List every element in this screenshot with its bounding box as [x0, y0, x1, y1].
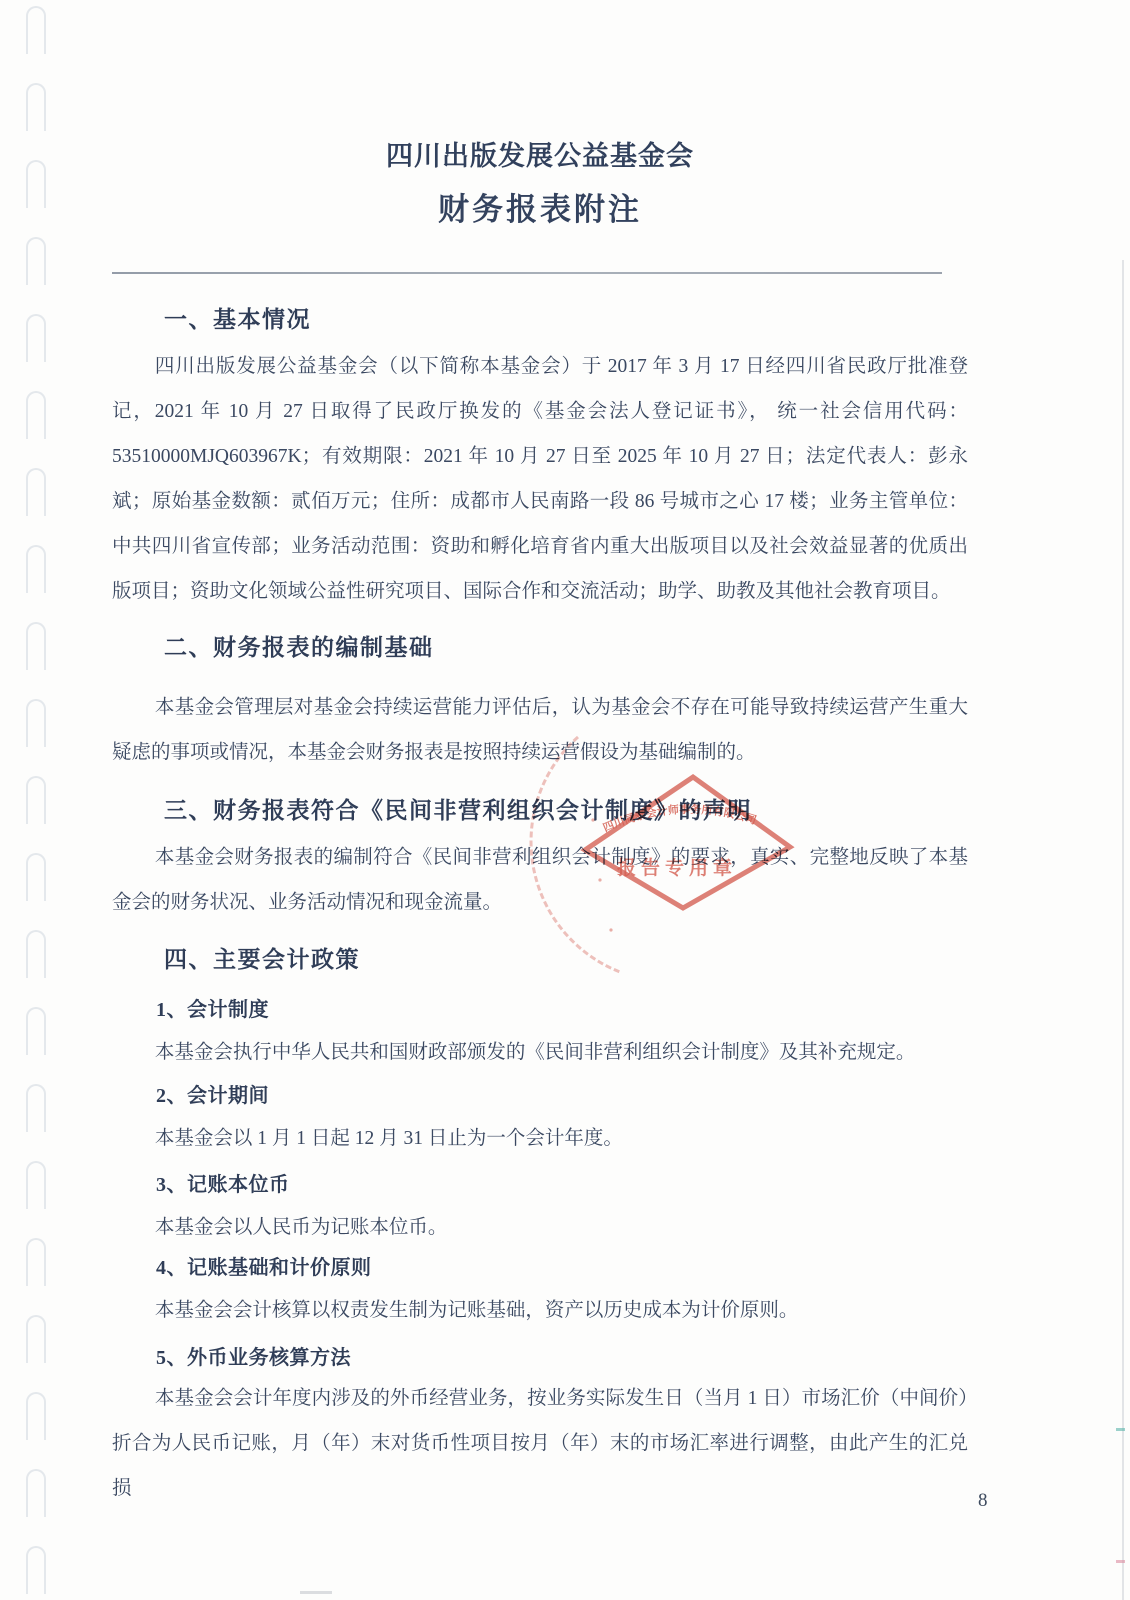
- binding-hole-mark: [26, 853, 46, 901]
- binding-hole-mark: [26, 1084, 46, 1132]
- scan-bottom-dash: [300, 1591, 332, 1594]
- binding-hole-mark: [26, 1315, 46, 1363]
- binding-hole-mark: [26, 391, 46, 439]
- subsection-accounting-period-paragraph: 本基金会以 1 月 1 日起 12 月 31 日止为一个会计年度。: [112, 1116, 968, 1161]
- subsection-heading-accounting-system: 1、会计制度: [112, 997, 968, 1023]
- subsection-functional-currency-paragraph: 本基金会以人民币为记账本位币。: [112, 1205, 968, 1250]
- binding-hole-mark: [26, 1161, 46, 1209]
- binding-hole-mark: [26, 83, 46, 131]
- page-number: 8: [978, 1490, 988, 1512]
- binding-hole-mark: [26, 1238, 46, 1286]
- title-divider: [112, 272, 942, 274]
- binding-hole-mark: [26, 1392, 46, 1440]
- binding-hole-mark: [26, 930, 46, 978]
- subsection-heading-functional-currency: 3、记账本位币: [112, 1172, 968, 1198]
- binding-hole-mark: [26, 1546, 46, 1594]
- binding-hole-mark: [26, 1469, 46, 1517]
- subsection-accounting-system-paragraph: 本基金会执行中华人民共和国财政部颁发的《民间非营利组织会计制度》及其补充规定。: [112, 1030, 968, 1075]
- section-compliance-statement-paragraph: 本基金会财务报表的编制符合《民间非营利组织会计制度》的要求，真实、完整地反映了本…: [112, 835, 968, 925]
- binding-hole-mark: [26, 699, 46, 747]
- binding-hole-mark: [26, 468, 46, 516]
- document-subtitle: 财务报表附注: [112, 184, 968, 229]
- binding-hole-mark: [26, 545, 46, 593]
- section-heading-basic-info: 一、基本情况: [112, 306, 968, 334]
- subsection-heading-foreign-currency: 5、外币业务核算方法: [112, 1345, 968, 1371]
- section-preparation-basis-paragraph: 本基金会管理层对基金会持续运营能力评估后，认为基金会不存在可能导致持续运营产生重…: [112, 685, 968, 775]
- subsection-foreign-currency-paragraph: 本基金会会计年度内涉及的外币经营业务，按业务实际发生日（当月 1 日）市场汇价（…: [112, 1376, 968, 1511]
- section-heading-compliance-statement: 三、财务报表符合《民间非营利组织会计制度》的声明: [112, 797, 968, 825]
- binding-hole-mark: [26, 776, 46, 824]
- binding-hole-mark: [26, 314, 46, 362]
- scan-speck-pink: [1116, 1560, 1125, 1563]
- binding-hole-mark: [26, 160, 46, 208]
- scanned-document-page: 四川出版发展公益基金会 财务报表附注 一、基本情况 四川出版发展公益基金会（以下…: [0, 0, 1130, 1600]
- subsection-heading-accounting-basis: 4、记账基础和计价原则: [112, 1255, 968, 1281]
- scan-edge-line: [1122, 260, 1124, 1600]
- binding-hole-mark: [26, 6, 46, 54]
- document-title: 四川出版发展公益基金会: [112, 134, 968, 173]
- section-heading-accounting-policies: 四、主要会计政策: [112, 946, 968, 974]
- subsection-accounting-basis-paragraph: 本基金会会计核算以权责发生制为记账基础，资产以历史成本为计价原则。: [112, 1288, 968, 1333]
- binding-hole-mark: [26, 1007, 46, 1055]
- binding-hole-mark: [26, 237, 46, 285]
- section-heading-preparation-basis: 二、财务报表的编制基础: [112, 634, 968, 662]
- scan-speck-teal: [1116, 1428, 1125, 1431]
- section-basic-info-paragraph: 四川出版发展公益基金会（以下简称本基金会）于 2017 年 3 月 17 日经四…: [112, 344, 968, 614]
- binding-hole-mark: [26, 622, 46, 670]
- subsection-heading-accounting-period: 2、会计期间: [112, 1083, 968, 1109]
